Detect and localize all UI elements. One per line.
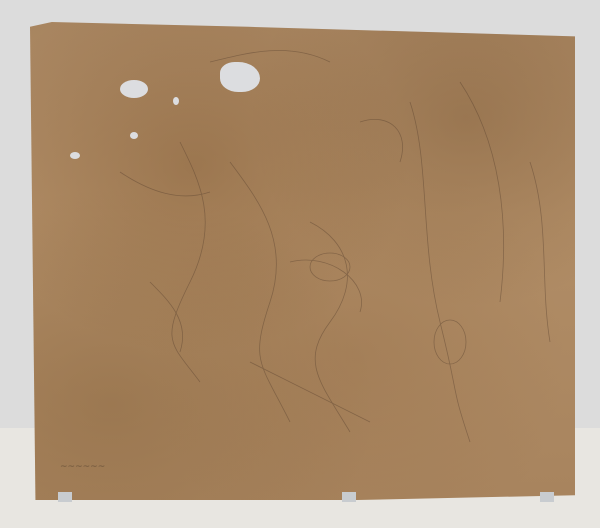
paper-hole <box>173 97 179 105</box>
pencil-sketch-lines <box>30 22 575 500</box>
paper-sheet <box>30 22 575 500</box>
paper-hole <box>220 62 260 92</box>
tape-mount <box>58 492 72 502</box>
paper-hole <box>70 152 80 159</box>
paper-hole <box>130 132 138 139</box>
tape-mount <box>342 492 356 502</box>
signature: ~~~~~~ <box>60 462 105 472</box>
paper-hole <box>120 80 148 98</box>
tape-mount <box>540 492 554 502</box>
